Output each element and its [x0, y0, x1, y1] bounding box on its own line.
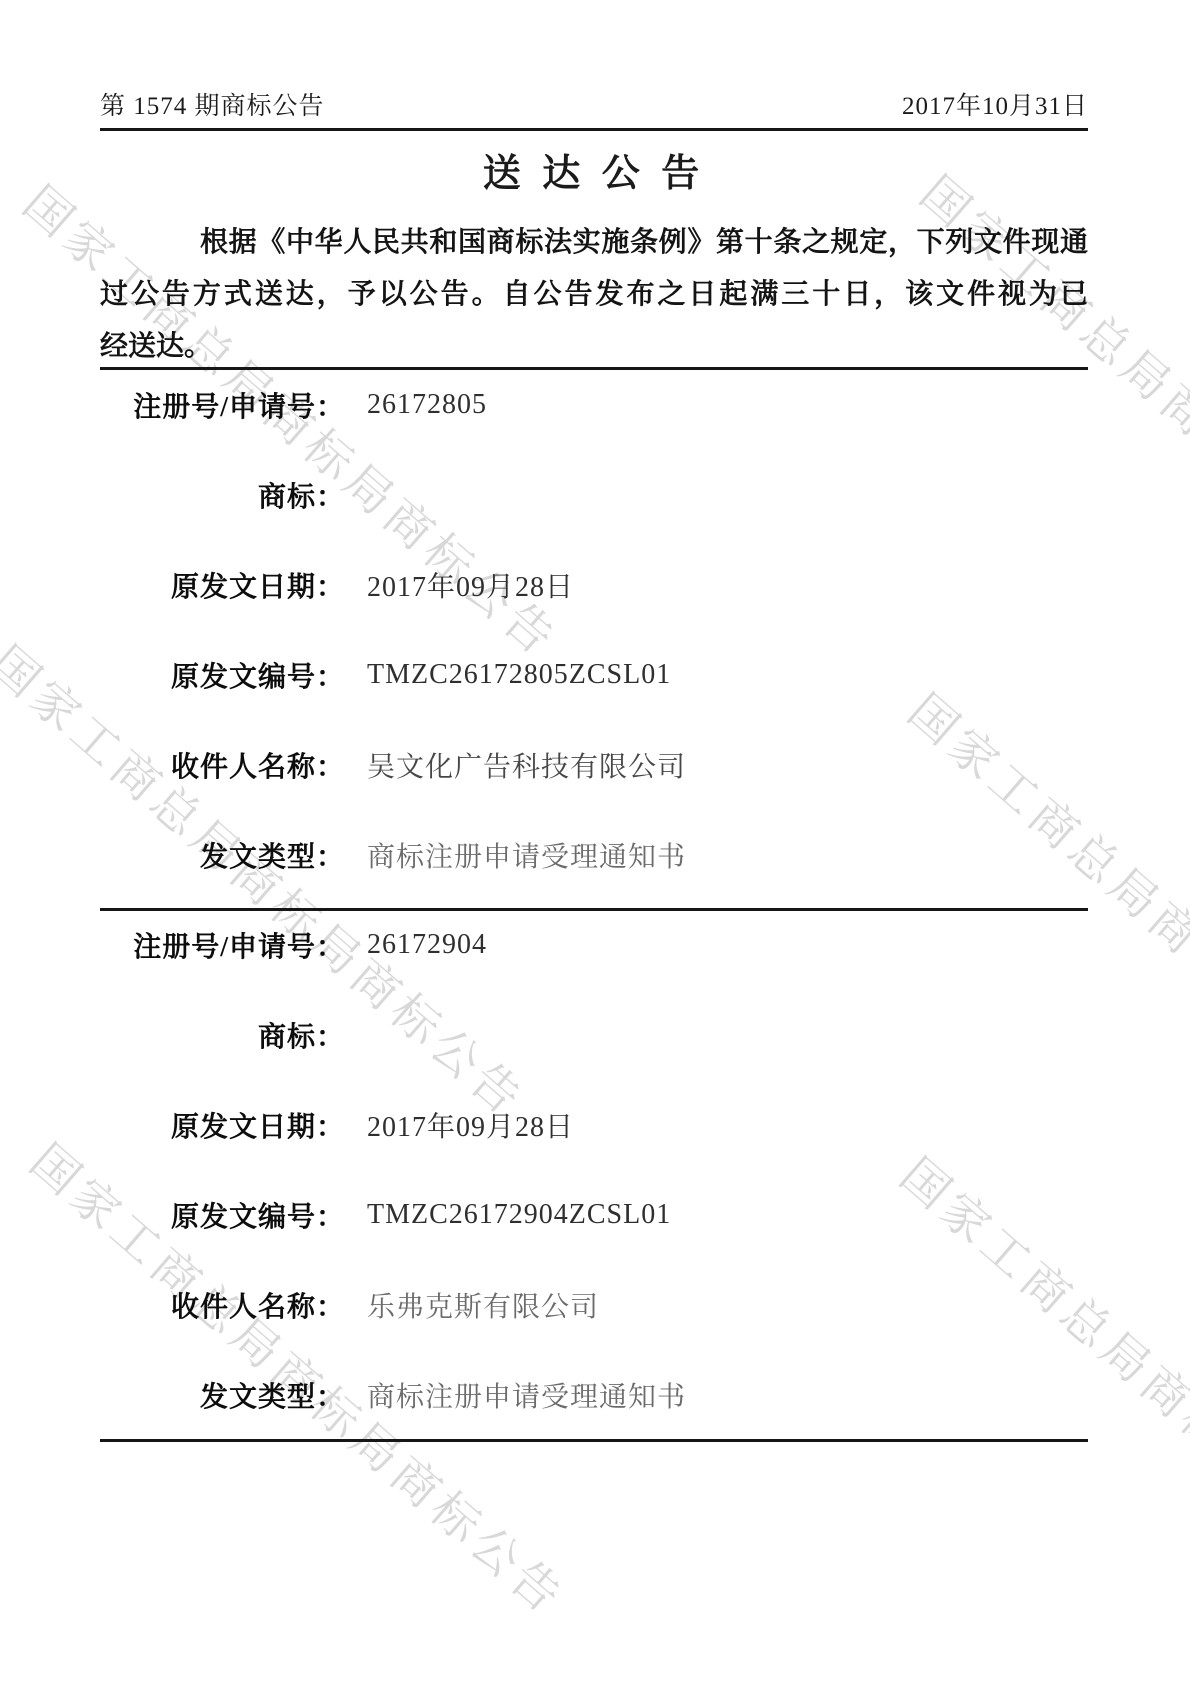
record-field-row: 原发文编号： TMZC26172904ZCSL01: [100, 1170, 1088, 1260]
record-divider: [100, 1439, 1088, 1442]
field-label-document-type: 发文类型：: [100, 835, 345, 875]
record-field-row: 注册号/申请号： 26172805: [100, 360, 1088, 450]
field-label-original-issue-date: 原发文日期：: [100, 565, 345, 605]
record-field-row: 注册号/申请号： 26172904: [100, 900, 1088, 990]
notice-record-2: 注册号/申请号： 26172904 商标： 原发文日期： 2017年09月28日…: [100, 900, 1088, 1440]
field-label-recipient-name: 收件人名称：: [100, 1285, 345, 1325]
field-value-registration-number: 26172904: [367, 929, 487, 961]
field-value-original-document-number: TMZC26172904ZCSL01: [367, 1199, 671, 1231]
field-label-registration-number: 注册号/申请号：: [100, 925, 345, 965]
record-field-row: 原发文编号： TMZC26172805ZCSL01: [100, 630, 1088, 720]
gazette-issue-number: 第 1574 期商标公告: [100, 86, 325, 122]
gazette-page: 第 1574 期商标公告 2017年10月31日 送 达 公 告 根据《中华人民…: [0, 0, 1190, 1684]
intro-paragraph: 根据《中华人民共和国商标法实施条例》第十条之规定，下列文件现通 过公告方式送达，…: [100, 217, 1088, 373]
field-value-original-issue-date: 2017年09月28日: [367, 565, 574, 605]
intro-line: 过公告方式送达，予以公告。自公告发布之日起满三十日，该文件视为已: [100, 269, 1088, 321]
field-value-document-type: 商标注册申请受理通知书: [367, 835, 686, 875]
field-label-trademark: 商标：: [100, 475, 345, 515]
field-value-registration-number: 26172805: [367, 389, 487, 421]
record-field-row: 收件人名称： 乐弗克斯有限公司: [100, 1260, 1088, 1350]
field-label-recipient-name: 收件人名称：: [100, 745, 345, 785]
field-label-trademark: 商标：: [100, 1015, 345, 1055]
record-field-row: 发文类型： 商标注册申请受理通知书: [100, 810, 1088, 900]
record-field-row: 发文类型： 商标注册申请受理通知书: [100, 1350, 1088, 1440]
field-label-document-type: 发文类型：: [100, 1375, 345, 1415]
record-field-row: 商标：: [100, 990, 1088, 1080]
field-value-original-issue-date: 2017年09月28日: [367, 1105, 574, 1145]
field-value-recipient-name: 吴文化广告科技有限公司: [367, 745, 686, 785]
field-label-original-issue-date: 原发文日期：: [100, 1105, 345, 1145]
notice-record-1: 注册号/申请号： 26172805 商标： 原发文日期： 2017年09月28日…: [100, 360, 1088, 900]
field-value-document-type: 商标注册申请受理通知书: [367, 1375, 686, 1415]
record-field-row: 商标：: [100, 450, 1088, 540]
intro-line: 根据《中华人民共和国商标法实施条例》第十条之规定，下列文件现通: [100, 217, 1088, 269]
field-value-original-document-number: TMZC26172805ZCSL01: [367, 659, 671, 691]
field-value-recipient-name: 乐弗克斯有限公司: [367, 1285, 599, 1325]
record-field-row: 原发文日期： 2017年09月28日: [100, 1080, 1088, 1170]
gazette-date: 2017年10月31日: [902, 86, 1088, 122]
field-label-original-document-number: 原发文编号：: [100, 1195, 345, 1235]
page-title: 送 达 公 告: [100, 142, 1088, 197]
record-field-row: 原发文日期： 2017年09月28日: [100, 540, 1088, 630]
field-label-original-document-number: 原发文编号：: [100, 655, 345, 695]
record-field-row: 收件人名称： 吴文化广告科技有限公司: [100, 720, 1088, 810]
field-label-registration-number: 注册号/申请号：: [100, 385, 345, 425]
header-rule: [100, 128, 1088, 131]
